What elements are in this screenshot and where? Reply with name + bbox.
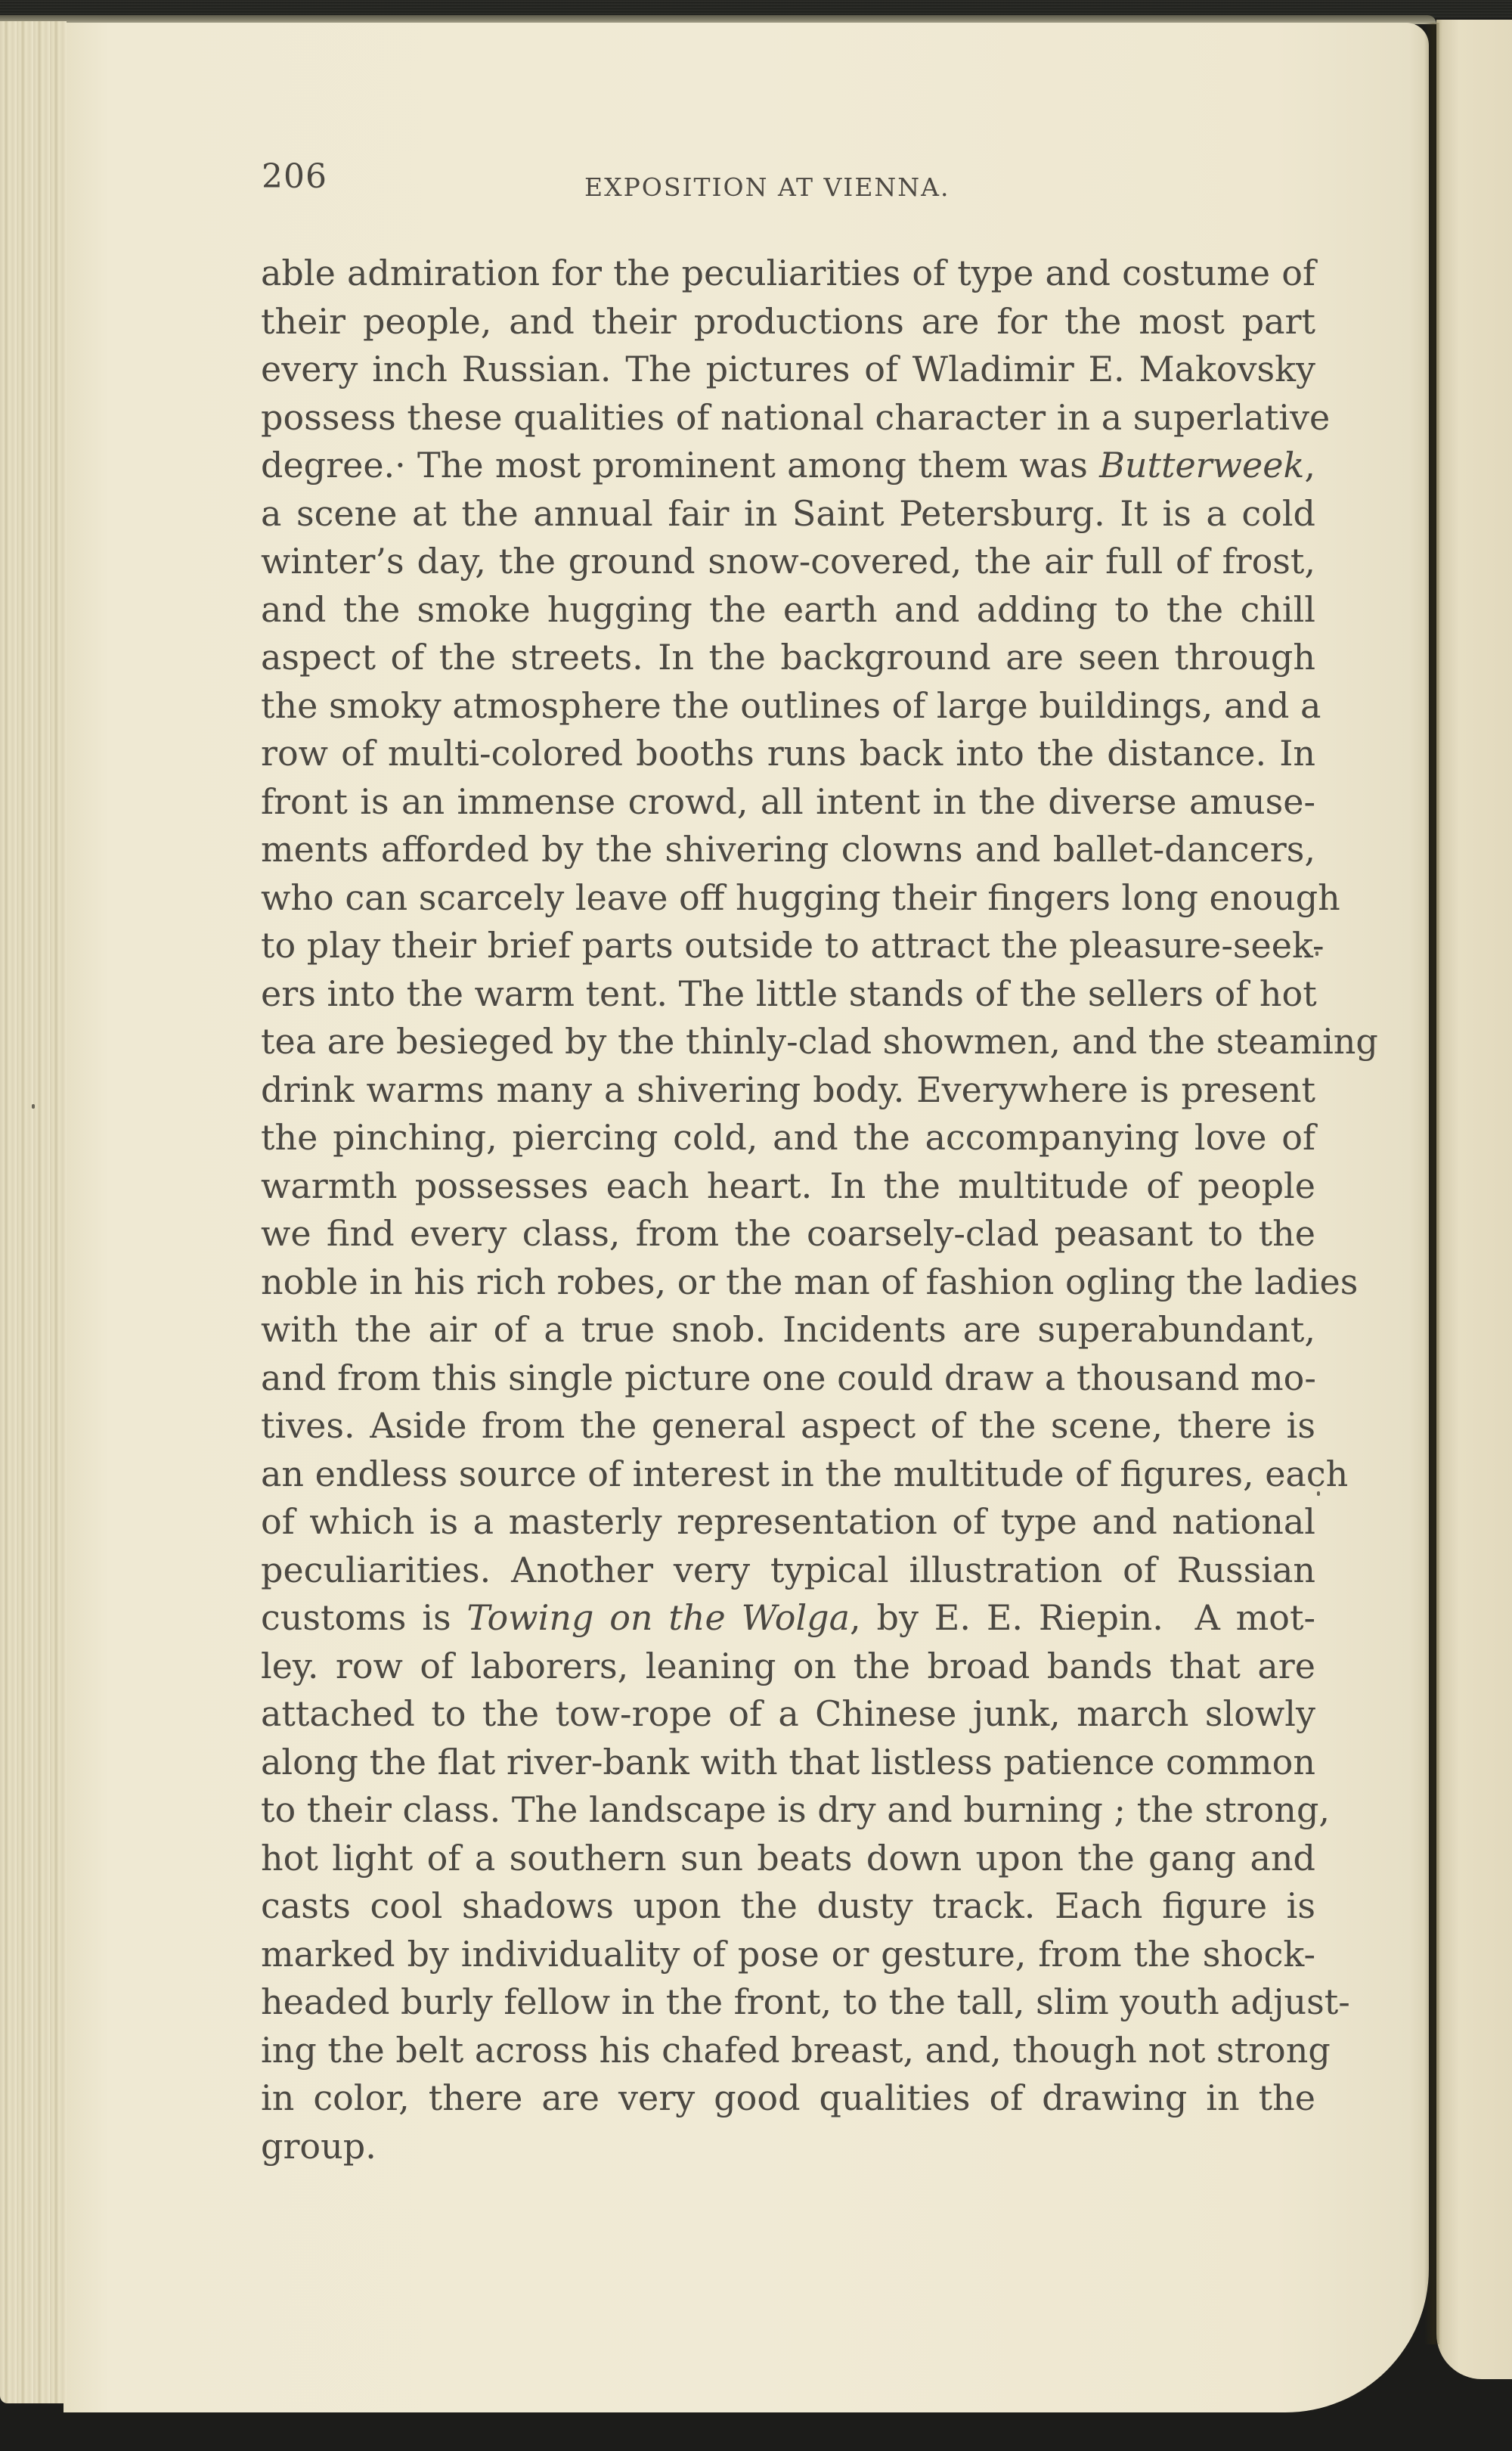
text-line: a scene at the annual fair in Saint Pete… [261, 490, 1315, 538]
page-edges-stack [0, 21, 67, 2403]
text-segment: , by E. E. Riepin. A mot- [850, 1597, 1315, 1638]
text-line: customs is Towing on the Wolga, by E. E.… [261, 1594, 1315, 1643]
text-line: winter’s day, the ground snow-covered, t… [261, 538, 1315, 586]
text-line: row of multi-colored booths runs back in… [261, 730, 1315, 778]
text-line: casts cool shadows upon the dusty track.… [261, 1882, 1315, 1931]
text-line: headed burly fellow in the front, to the… [261, 1978, 1315, 2027]
text-line: along the flat river-bank with that list… [261, 1739, 1315, 1787]
text-line: the pinching, piercing cold, and the acc… [261, 1114, 1315, 1162]
text-line: hot light of a southern sun beats down u… [261, 1835, 1315, 1883]
text-line: aspect of the streets. In the background… [261, 634, 1315, 682]
running-head: EXPOSITION AT VIENNA. [584, 172, 950, 202]
text-line: an endless source of interest in the mul… [261, 1450, 1315, 1499]
text-line: to their class. The landscape is dry and… [261, 1786, 1315, 1835]
text-line: able admiration for the peculiarities of… [261, 250, 1315, 298]
text-line: attached to the tow-rope of a Chinese ju… [261, 1690, 1315, 1739]
artwork-title: Butterweek [1099, 445, 1304, 486]
text-line: of which is a masterly representation of… [261, 1498, 1315, 1547]
text-line: their people, and their productions are … [261, 298, 1315, 346]
text-segment: customs is [261, 1597, 466, 1638]
facing-page-edge [1436, 20, 1512, 2379]
text-segment: degree.· The most prominent among them w… [261, 445, 1099, 486]
text-line: marked by individuality of pose or gestu… [261, 1931, 1315, 1979]
text-line: in color, there are very good qualities … [261, 2074, 1315, 2123]
text-line: group. [261, 2123, 1315, 2171]
text-line: and the smoke hugging the earth and addi… [261, 586, 1315, 634]
text-line: possess these qualities of national char… [261, 394, 1315, 442]
text-line: drink warms many a shivering body. Every… [261, 1066, 1315, 1115]
text-segment: , [1304, 445, 1315, 486]
page-number: 206 [262, 157, 327, 196]
text-line: to play their brief parts outside to att… [261, 922, 1315, 970]
text-line: front is an immense crowd, all intent in… [261, 778, 1315, 827]
text-line: peculiarities. Another very typical illu… [261, 1547, 1315, 1595]
gutter-shadow [1424, 23, 1439, 2344]
body-text: able admiration for the peculiarities of… [261, 250, 1315, 2170]
text-line: the smoky atmosphere the outlines of lar… [261, 682, 1315, 731]
text-line: and from this single picture one could d… [261, 1354, 1315, 1403]
text-line: we find every class, from the coarsely-c… [261, 1210, 1315, 1258]
text-line: ing the belt across his chafed breast, a… [261, 2027, 1315, 2075]
text-line: ley. row of laborers, leaning on the bro… [261, 1643, 1315, 1691]
ink-speck [32, 1104, 35, 1109]
text-line: ments afforded by the shivering clowns a… [261, 826, 1315, 874]
text-line: with the air of a true snob. Incidents a… [261, 1306, 1315, 1354]
text-line: tea are besieged by the thinly-clad show… [261, 1018, 1315, 1066]
text-line: degree.· The most prominent among them w… [261, 442, 1315, 490]
text-line: ers into the warm tent. The little stand… [261, 970, 1315, 1019]
text-line: warmth possesses each heart. In the mult… [261, 1162, 1315, 1211]
text-line: who can scarcely leave off hugging their… [261, 874, 1315, 923]
text-line: every inch Russian. The pictures of Wlad… [261, 346, 1315, 394]
text-line: tives. Aside from the general aspect of … [261, 1402, 1315, 1450]
text-line: noble in his rich robes, or the man of f… [261, 1258, 1315, 1307]
artwork-title: Towing on the Wolga [466, 1597, 850, 1638]
